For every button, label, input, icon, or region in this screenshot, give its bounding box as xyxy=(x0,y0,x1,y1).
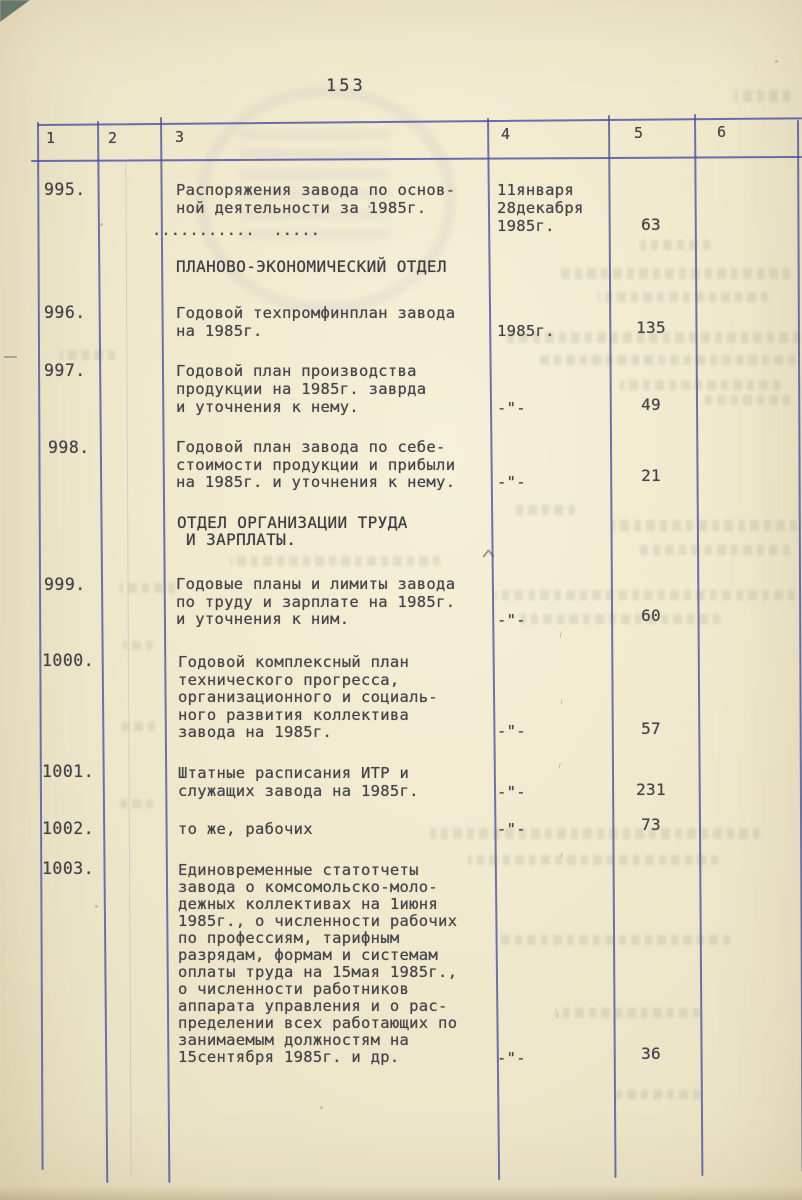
row-996-number: 996. xyxy=(44,304,104,322)
bleed-smudge xyxy=(118,799,153,808)
row-995-description: Распоряжения завода по основ- ной деятел… xyxy=(176,181,498,217)
row-1003-dates: -"- xyxy=(497,1049,605,1067)
pencil-guide-line xyxy=(125,162,131,1178)
row-995-dates: 11января 28декабря 1985г. xyxy=(497,181,605,235)
row-1003-description: Единовременные статотчеты завода о комсо… xyxy=(178,862,500,1066)
bleed-smudge xyxy=(230,556,440,566)
row-999-description: Годовые планы и лимиты завода по труду и… xyxy=(176,576,498,629)
bleed-smudge xyxy=(640,545,790,555)
dust-speck xyxy=(368,205,371,208)
row-998-count: 21 xyxy=(607,467,695,485)
ink-mark-caret xyxy=(483,549,493,557)
row-1000-dates: -"- xyxy=(497,722,605,740)
ink-mark xyxy=(558,763,563,770)
ink-mark xyxy=(4,356,17,358)
bleed-smudge xyxy=(555,1008,700,1018)
row-998-description: Годовой план завода по себе- стоимости п… xyxy=(176,439,498,492)
dotted-leader: ........... ..... xyxy=(152,221,320,239)
dust-speck xyxy=(95,905,98,908)
row-997-dates: -"- xyxy=(497,399,605,417)
bleed-smudge xyxy=(520,614,720,624)
row-998-dates: -"- xyxy=(497,473,605,491)
column-header-2: 2 xyxy=(108,129,117,147)
row-1002-number: 1002. xyxy=(42,820,102,838)
row-1001-number: 1001. xyxy=(42,763,102,781)
row-1001-count: 231 xyxy=(607,781,695,799)
table-border-right xyxy=(797,120,802,1172)
scanned-document-page: 153 1 2 3 4 5 6 995. Распоряжения завода… xyxy=(0,0,802,1200)
photo-corner xyxy=(0,0,30,22)
bleed-smudge xyxy=(500,935,730,945)
bleed-smudge xyxy=(540,355,795,365)
bleed-smudge xyxy=(620,380,780,390)
column-header-6: 6 xyxy=(717,123,726,141)
row-997-count: 49 xyxy=(607,396,695,414)
bleed-smudge xyxy=(123,641,153,650)
row-1003-count: 36 xyxy=(607,1045,695,1063)
row-995-count: 63 xyxy=(607,216,695,234)
row-1001-dates: -"- xyxy=(497,783,605,801)
column-header-5: 5 xyxy=(634,124,643,142)
row-996-description: Годовой техпромфинплан завода на 1985г. xyxy=(176,304,498,340)
bleed-smudge xyxy=(612,520,797,531)
row-999-number: 999. xyxy=(44,576,104,594)
row-997-number: 997. xyxy=(44,362,104,380)
bleed-smudge xyxy=(505,332,800,343)
ink-mark xyxy=(560,699,565,706)
bleed-smudge xyxy=(468,855,718,865)
section-header-labor-line2: И ЗАРПЛАТЫ. xyxy=(186,531,296,549)
ink-mark xyxy=(559,632,564,639)
row-997-description: Годовой план производства продукции на 1… xyxy=(176,362,498,416)
dust-speck xyxy=(100,223,103,226)
row-998-number: 998. xyxy=(48,439,108,457)
column-header-1: 1 xyxy=(46,129,55,147)
row-1003-number: 1003. xyxy=(42,860,102,878)
bleed-smudge xyxy=(598,292,768,302)
bleed-smudge xyxy=(120,583,175,593)
bleed-smudge xyxy=(735,90,790,102)
bleed-smudge xyxy=(60,350,115,360)
bleed-smudge xyxy=(120,722,155,731)
row-1000-number: 1000. xyxy=(42,652,102,670)
bleed-smudge xyxy=(700,395,790,405)
row-1000-description: Годовой комплексный план технического пр… xyxy=(178,654,500,742)
dust-speck xyxy=(775,60,778,63)
section-header-planning: ПЛАНОВО-ЭКОНОМИЧЕСКИЙ ОТДЕЛ xyxy=(176,258,447,276)
table-border-left xyxy=(37,122,43,1170)
row-995-number: 995. xyxy=(44,181,104,199)
bleed-smudge xyxy=(560,268,790,279)
bleed-smudge xyxy=(495,590,795,600)
row-1001-description: Штатные расписания ИТР и служащих завода… xyxy=(178,765,500,800)
bleed-smudge xyxy=(515,505,575,515)
bleed-smudge xyxy=(430,828,760,839)
row-1000-count: 57 xyxy=(607,720,695,738)
table-border-col2 xyxy=(160,117,170,1183)
column-header-4: 4 xyxy=(501,125,510,143)
bleed-smudge xyxy=(610,1090,700,1099)
column-header-3: 3 xyxy=(175,128,184,146)
page-bottom-shadow xyxy=(0,1186,802,1200)
dust-speck xyxy=(320,1106,323,1109)
page-number: 153 xyxy=(326,76,366,96)
bleed-smudge xyxy=(640,240,710,250)
